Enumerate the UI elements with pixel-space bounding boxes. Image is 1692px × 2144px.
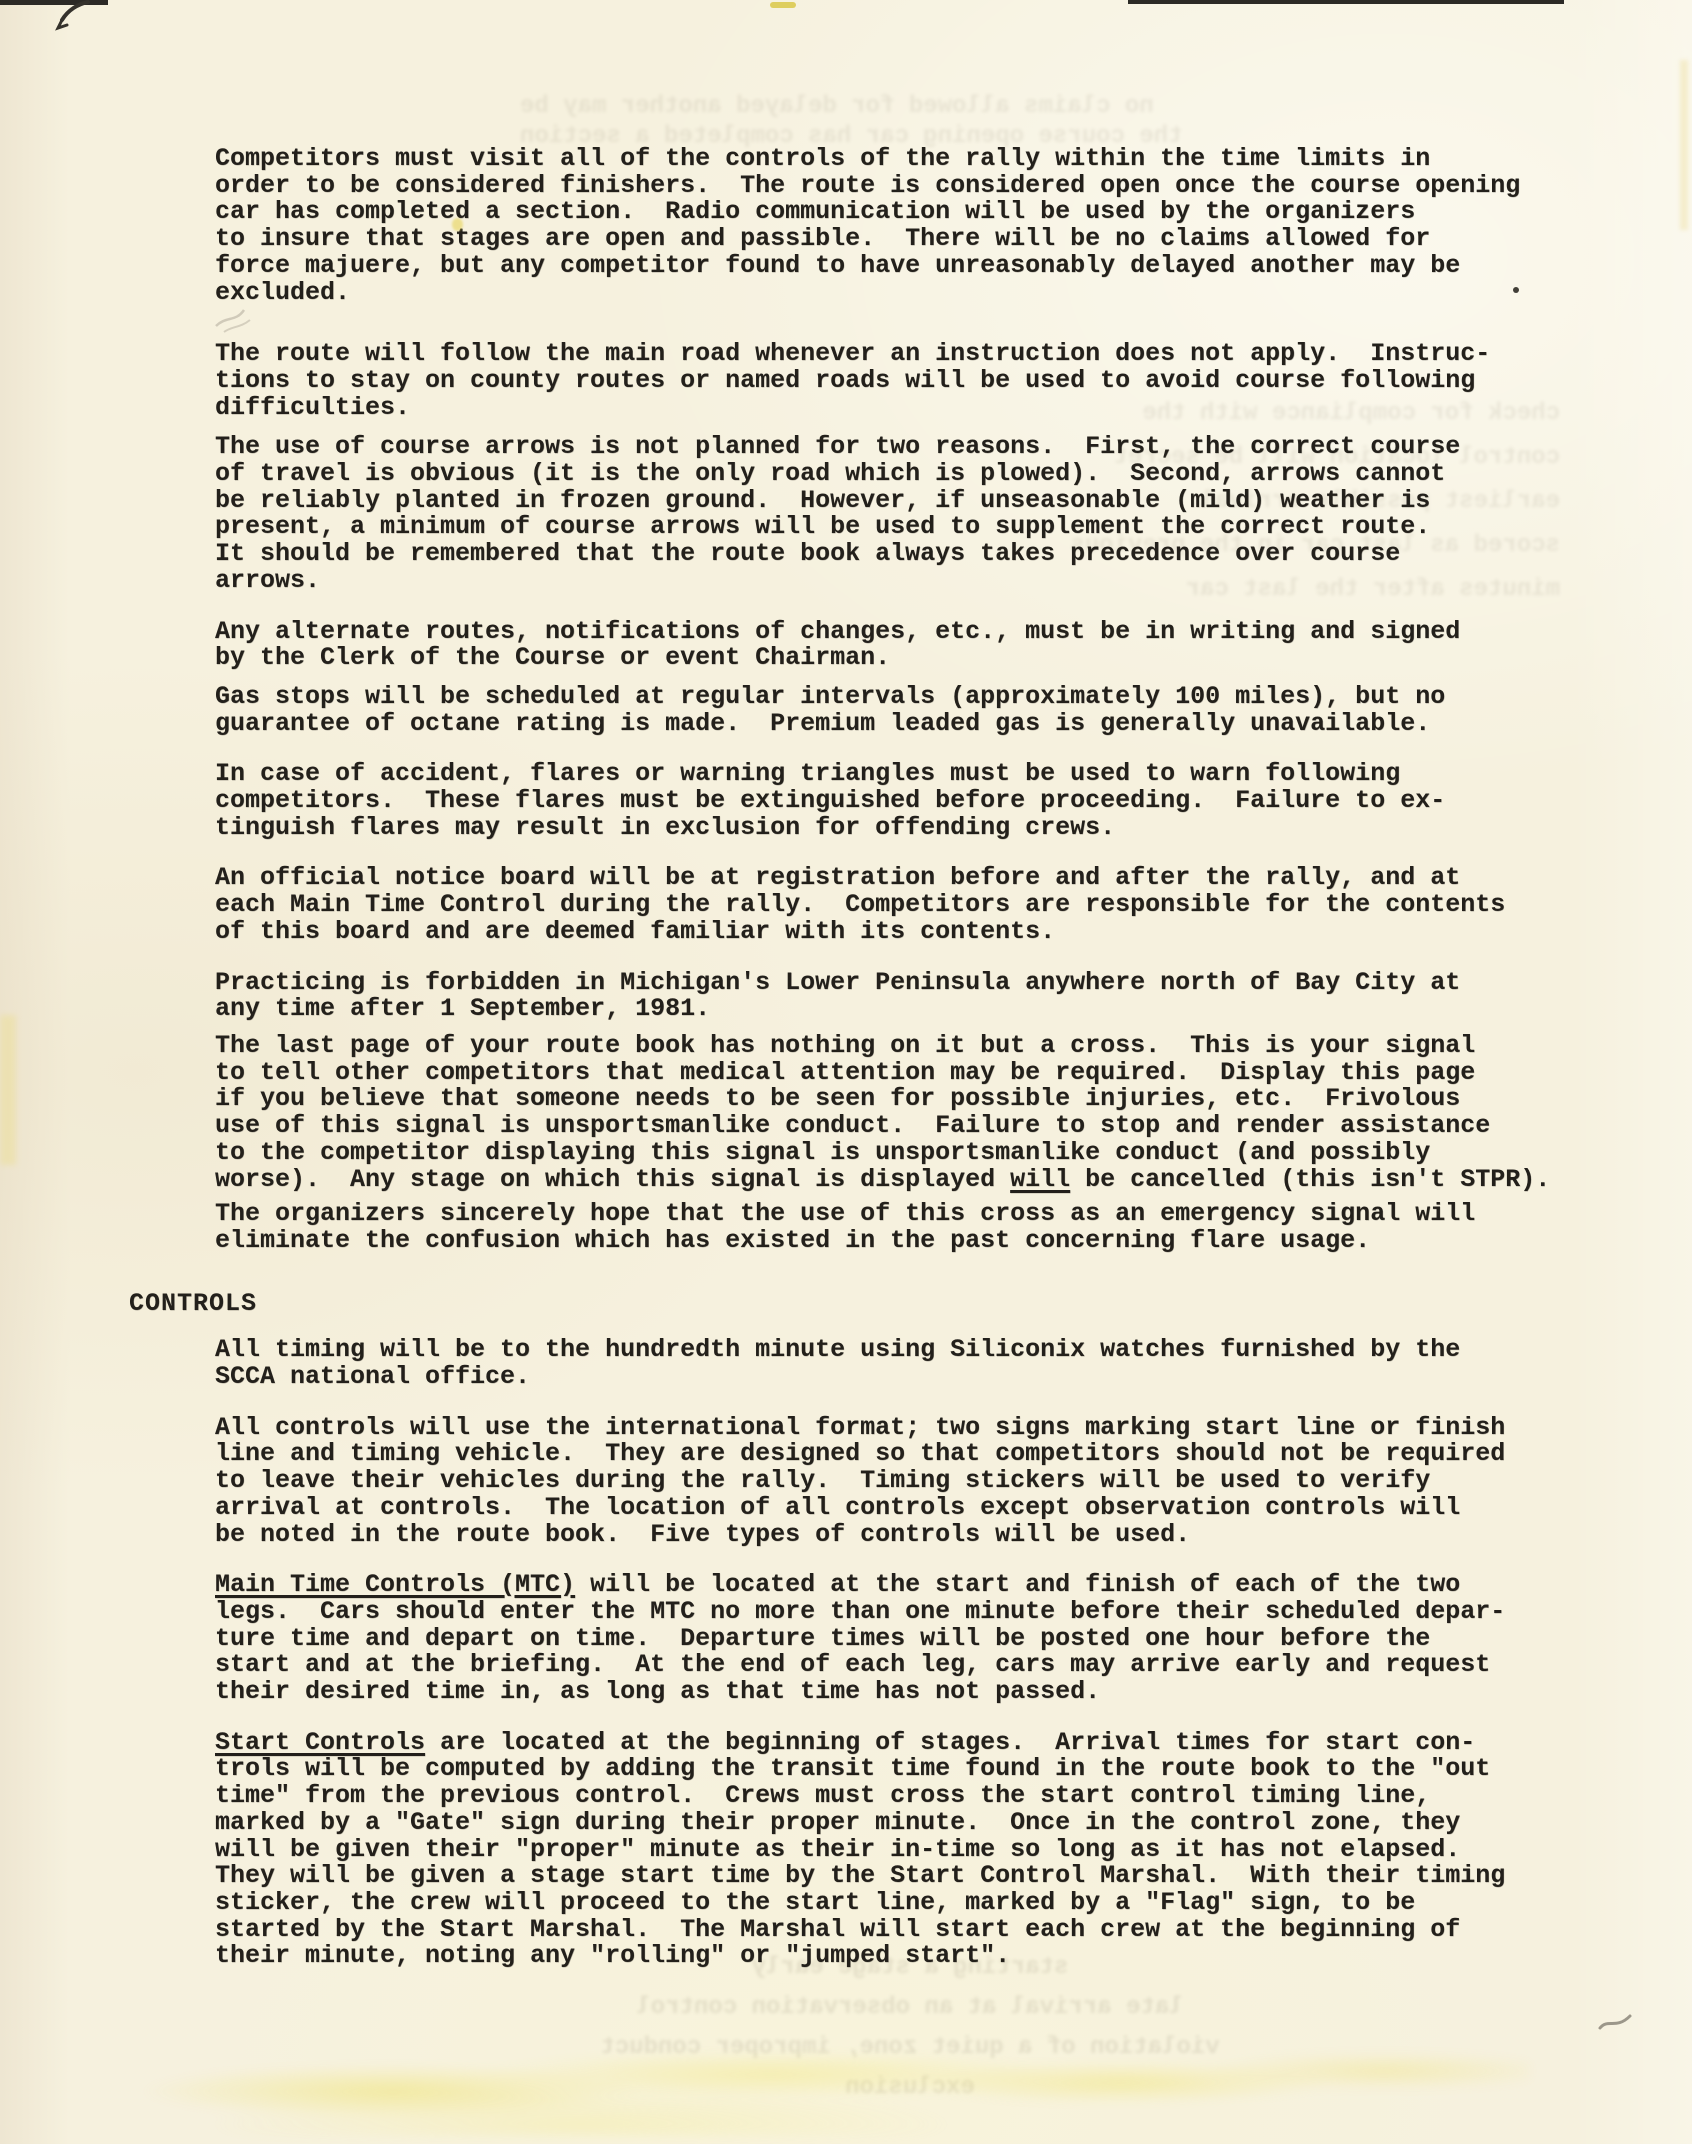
paragraph-line: ture time and depart on time. Departure … xyxy=(215,1626,1645,1653)
paragraph-line: tions to stay on county routes or named … xyxy=(215,368,1645,395)
stray-ink-dot xyxy=(1513,287,1519,293)
paragraph-line: car has completed a section. Radio commu… xyxy=(215,199,1645,226)
paragraph-line: order to be considered finishers. The ro… xyxy=(215,173,1645,200)
underlined-text: Main Time Controls (MTC) xyxy=(215,1570,575,1599)
pen-mark-icon xyxy=(48,0,98,44)
paragraph-line: if you believe that someone needs to be … xyxy=(215,1086,1645,1113)
paragraph: Competitors must visit all of the contro… xyxy=(215,146,1645,306)
underlined-text: Start Controls xyxy=(215,1728,425,1757)
paragraph-line: to tell other competitors that medical a… xyxy=(215,1060,1645,1087)
paragraph: Gas stops will be scheduled at regular i… xyxy=(215,684,1645,737)
section-heading: CONTROLS xyxy=(129,1291,1645,1318)
paragraph-line: They will be given a stage start time by… xyxy=(215,1863,1645,1890)
text-segment: are located at the beginning of stages. … xyxy=(425,1728,1475,1757)
paragraph-line: tinguish flares may result in exclusion … xyxy=(215,815,1645,842)
paragraph-line: Main Time Controls (MTC) will be located… xyxy=(215,1572,1645,1599)
yellow-stain-bottom xyxy=(70,2018,1530,2136)
paragraph-line: sticker, the crew will proceed to the st… xyxy=(215,1890,1645,1917)
underlined-text: will xyxy=(1010,1165,1070,1194)
paragraph-line: The last page of your route book has not… xyxy=(215,1033,1645,1060)
paragraph-line: The route will follow the main road when… xyxy=(215,341,1645,368)
yellow-stain-left-edge xyxy=(0,1015,16,1165)
paragraph-line: their desired time in, as long as that t… xyxy=(215,1679,1645,1706)
paragraph-line: be reliably planted in frozen ground. Ho… xyxy=(215,488,1645,515)
pen-curl-icon xyxy=(1596,2010,1636,2036)
paragraph: All timing will be to the hundredth minu… xyxy=(215,1337,1645,1390)
paragraph: Any alternate routes, notifications of c… xyxy=(215,619,1645,672)
scanner-edge-top-right xyxy=(1128,0,1564,4)
paragraph-line: Any alternate routes, notifications of c… xyxy=(215,619,1645,646)
paragraph: In case of accident, flares or warning t… xyxy=(215,761,1645,841)
paragraph-line: time" from the previous control. Crews m… xyxy=(215,1783,1645,1810)
paragraph: An official notice board will be at regi… xyxy=(215,865,1645,945)
tape-mark-top xyxy=(770,2,796,8)
paragraph-line: Practicing is forbidden in Michigan's Lo… xyxy=(215,970,1645,997)
paragraph-line: excluded. xyxy=(215,280,1645,307)
paragraph-line: Competitors must visit all of the contro… xyxy=(215,146,1645,173)
paragraph-line: marked by a "Gate" sign during their pro… xyxy=(215,1810,1645,1837)
paragraph: Start Controls are located at the beginn… xyxy=(215,1730,1645,1970)
paragraph-line: be noted in the route book. Five types o… xyxy=(215,1522,1645,1549)
paragraph-line: to insure that stages are open and passi… xyxy=(215,226,1645,253)
paragraph-line: difficulties. xyxy=(215,395,1645,422)
paragraph-line: The organizers sincerely hope that the u… xyxy=(215,1201,1645,1228)
paragraph-line: arrival at controls. The location of all… xyxy=(215,1495,1645,1522)
paragraph-line: It should be remembered that the route b… xyxy=(215,541,1645,568)
scanned-page: no claims allowed for delayed another ma… xyxy=(0,0,1692,2144)
bleed-through-text: no claims allowed for delayed another ma… xyxy=(520,92,1560,152)
paragraph-line: of this board and are deemed familiar wi… xyxy=(215,919,1645,946)
paragraph-line: arrows. xyxy=(215,568,1645,595)
paragraph-line: In case of accident, flares or warning t… xyxy=(215,761,1645,788)
paragraph-line: of travel is obvious (it is the only roa… xyxy=(215,461,1645,488)
text-segment: worse). Any stage on which this signal i… xyxy=(215,1165,1010,1194)
paragraph-line: An official notice board will be at regi… xyxy=(215,865,1645,892)
paragraph-line: worse). Any stage on which this signal i… xyxy=(215,1167,1645,1194)
paragraph: All controls will use the international … xyxy=(215,1415,1645,1549)
paragraph: Main Time Controls (MTC) will be located… xyxy=(215,1572,1645,1706)
paragraph-line: their minute, noting any "rolling" or "j… xyxy=(215,1943,1645,1970)
paragraph-line: Start Controls are located at the beginn… xyxy=(215,1730,1645,1757)
paragraph-line: to leave their vehicles during the rally… xyxy=(215,1468,1645,1495)
paragraph-line: will be given their "proper" minute as t… xyxy=(215,1837,1645,1864)
paragraph-line: competitors. These flares must be exting… xyxy=(215,788,1645,815)
pencil-scribble-icon xyxy=(210,296,270,336)
text-segment: will be located at the start and finish … xyxy=(575,1570,1460,1599)
paragraph-line: trols will be computed by adding the tra… xyxy=(215,1756,1645,1783)
paragraph-line: to the competitor displaying this signal… xyxy=(215,1140,1645,1167)
paragraph-line: The use of course arrows is not planned … xyxy=(215,434,1645,461)
paragraph-line: by the Clerk of the Course or event Chai… xyxy=(215,645,1645,672)
paragraph-line: force majuere, but any competitor found … xyxy=(215,253,1645,280)
paragraph-line: SCCA national office. xyxy=(215,1364,1645,1391)
paragraph: The route will follow the main road when… xyxy=(215,341,1645,421)
paragraph-line: guarantee of octane rating is made. Prem… xyxy=(215,711,1645,738)
yellow-stain-right-edge xyxy=(1680,60,1688,230)
paragraph-line: Gas stops will be scheduled at regular i… xyxy=(215,684,1645,711)
paragraph-line: legs. Cars should enter the MTC no more … xyxy=(215,1599,1645,1626)
paragraph-line: any time after 1 September, 1981. xyxy=(215,996,1645,1023)
document-body: Competitors must visit all of the contro… xyxy=(215,146,1645,1970)
paragraph-line: line and timing vehicle. They are design… xyxy=(215,1441,1645,1468)
paragraph-line: All timing will be to the hundredth minu… xyxy=(215,1337,1645,1364)
paragraph: Practicing is forbidden in Michigan's Lo… xyxy=(215,970,1645,1023)
paragraph-line: start and at the briefing. At the end of… xyxy=(215,1652,1645,1679)
paragraph-line: use of this signal is unsportsmanlike co… xyxy=(215,1113,1645,1140)
paragraph: The last page of your route book has not… xyxy=(215,1033,1645,1193)
paragraph: The organizers sincerely hope that the u… xyxy=(215,1201,1645,1254)
paragraph-line: each Main Time Control during the rally.… xyxy=(215,892,1645,919)
paragraph-line: present, a minimum of course arrows will… xyxy=(215,514,1645,541)
paragraph: The use of course arrows is not planned … xyxy=(215,434,1645,594)
paragraph-line: started by the Start Marshal. The Marsha… xyxy=(215,1917,1645,1944)
text-segment: be cancelled (this isn't STPR). xyxy=(1070,1165,1550,1194)
paragraph-line: eliminate the confusion which has existe… xyxy=(215,1228,1645,1255)
paragraph-line: All controls will use the international … xyxy=(215,1415,1645,1442)
yellow-speck xyxy=(452,218,463,231)
bleed-through-text: starting a stage earlylate arrival at an… xyxy=(430,1948,1390,2108)
